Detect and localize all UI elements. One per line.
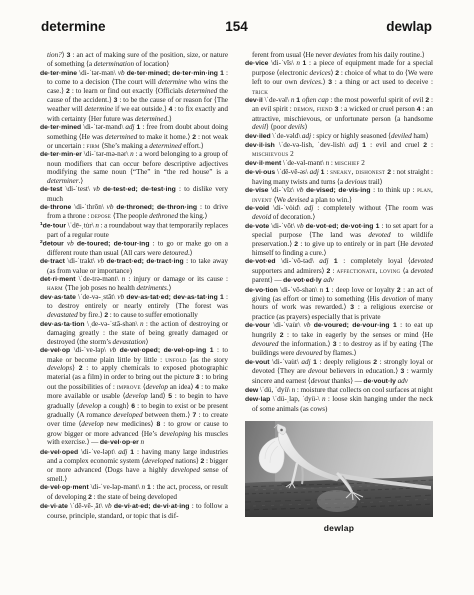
bold-text: dev·iled (245, 133, 272, 140)
bold-text: de·voured; de·vour·ing (314, 322, 393, 329)
italic-text: devotion (382, 295, 409, 303)
bold-text: de·vot·ed; de·vot·ing (306, 223, 376, 230)
plain-text: ⟨She’s making a (101, 142, 149, 150)
italic-text: adv (398, 377, 408, 385)
dictionary-entry: de·ter·mined \di-ˈtər-mənd\ adj 1 : free… (40, 123, 228, 150)
plain-text: \di-ˈtest\ (66, 185, 94, 193)
italic-text: devoted (368, 231, 398, 239)
bold-text: 3 (350, 304, 358, 311)
plain-text: \di-ˈtər-mən\ (79, 69, 118, 77)
bold-text: de·vi·ous (245, 169, 277, 176)
plain-text: an idea⟩ (170, 383, 195, 391)
plain-text: : completely loyal ⟨ (343, 257, 410, 265)
italic-text: devastation (112, 338, 145, 346)
plain-text: \di-ˈtrakt\ (67, 257, 97, 265)
bold-text: de·ter·mine (40, 70, 79, 77)
italic-text: devout (311, 377, 332, 385)
plain-text: \ˈde-vəl-mənt\ (283, 159, 326, 167)
bold-text: 1 (334, 258, 343, 265)
plain-text: believers in education.⟩ (330, 367, 401, 375)
plain-text: ferent from usual ⟨He never (252, 51, 333, 59)
bold-text: dev·as·tat·ed; dev·as·tat·ing (126, 294, 220, 301)
right-column-text: ferent from usual ⟨He never deviates fro… (245, 51, 433, 413)
italic-text: dethroned (149, 212, 179, 220)
dictionary-page: determine 154 dewlap tion?⟩ 3 : an act o… (0, 0, 474, 595)
italic-text: devastated (47, 311, 79, 319)
dictionary-entry: de·vote \di-ˈvōt\ vb de·vot·ed; de·vot·i… (245, 222, 433, 258)
bold-text: de·throne (40, 204, 74, 211)
dictionary-entry: de·tract \di-ˈtrakt\ vb de·tract·ed; de·… (40, 257, 228, 275)
italic-text: determine (84, 105, 115, 113)
plain-text: between them.⟩ (145, 411, 193, 419)
entry-continuation: tion?⟩ 3 : an act of making sure of the … (40, 51, 228, 69)
bold-text: dev·il·ment (245, 160, 283, 167)
bold-text: de·tour (43, 222, 68, 229)
bold-text: de·vel·oped (40, 449, 81, 456)
bold-text: de·vise (245, 187, 271, 194)
bold-text: de·vised; de·vis·ing (306, 187, 373, 194)
plain-text: \ˈdē-ˌtu̇r\ (68, 221, 96, 229)
bold-text: de·tract (40, 258, 67, 265)
italic-text: often cap (302, 96, 330, 104)
italic-text: vb (304, 321, 314, 329)
plain-text: ⟨The job poses no health (65, 284, 137, 292)
plain-text: : completely without ⟨The room was (317, 204, 433, 212)
italic-text: vb (67, 239, 77, 247)
dictionary-entry: de·vel·op·ment \di-ˈve-ləp-mənt\ n 1 : t… (40, 483, 228, 502)
bold-text: de·vo·tion (245, 287, 280, 294)
plain-text: \di-ˈvō-təd\ (281, 257, 319, 265)
plain-text: ⟩ ⟨poor (266, 123, 288, 131)
italic-text: vb (118, 69, 127, 77)
plain-text: ⟨a (403, 267, 411, 275)
bold-text: de·vel·op (40, 347, 74, 354)
plain-text: \ˈdü, ˈdyü\ (260, 386, 292, 394)
italic-text: determined (135, 115, 167, 123)
bold-text: 1 (130, 449, 137, 456)
plain-text: .⟩ (167, 115, 172, 123)
bold-text: de·vel·op·ment (40, 484, 91, 491)
figure-caption: dewlap (245, 523, 433, 533)
dictionary-entry: de·vel·oped \di-ˈve-ləpt\ adj 1 : having… (40, 448, 228, 484)
plain-text: : deep love or loyalty (332, 286, 397, 294)
plain-text: \di-ˈve-ləp\ (74, 346, 110, 354)
plain-text: : the most powerful spirit of evil (330, 96, 425, 104)
plain-text: supporters and admirers⟩ (252, 267, 327, 275)
plain-text: to make it home.⟩ (139, 133, 192, 141)
bold-text: dew (245, 387, 260, 394)
dictionary-entry: de·test \di-ˈtest\ vb de·test·ed; de·tes… (40, 185, 228, 203)
plain-text: : to cause to suffer emotionally (110, 311, 198, 319)
bold-text: dew·lap (245, 396, 273, 403)
italic-text: devoted (411, 257, 433, 265)
plain-text: \di-ˈvau̇t\ (272, 358, 301, 366)
guide-word-left: determine (41, 19, 171, 34)
italic-text: adj (304, 204, 317, 212)
italic-text: devices (300, 78, 321, 86)
left-column: tion?⟩ 3 : an act of making sure of the … (40, 51, 228, 591)
italic-text: determined (105, 133, 139, 141)
plain-text: \ˌde-və-ˈstā-shən\ (87, 320, 140, 328)
italic-text: devoid (252, 213, 273, 221)
plain-text: .⟩ (79, 177, 84, 185)
italic-text: vb (93, 185, 103, 193)
bold-text: detour (43, 240, 67, 247)
plain-text: the information.⟩ (281, 340, 333, 348)
plain-text: by fire.⟩ (79, 311, 104, 319)
plain-text: .⟩ (167, 284, 172, 292)
dictionary-entry: de·ter·min·er \di-ˈtər-mə-nər\ n : a wor… (40, 150, 228, 185)
plain-text: \di-ˈthrōn\ (74, 203, 106, 211)
plain-text: ⟨The people (113, 212, 149, 220)
italic-text: vb (107, 203, 117, 211)
plain-text: \ˈde-vəl\ (265, 96, 291, 104)
plain-text: \di-ˈtər-mənd\ (83, 123, 125, 131)
plain-text: \ˈde-və-lish, ˈdev-lish\ (279, 141, 349, 149)
italic-text: deviates (333, 51, 358, 59)
plain-text: : to give up to entirely or in part ⟨He (300, 240, 410, 248)
plain-text: 2 (290, 150, 294, 158)
plain-text: : the state of being developed (94, 493, 177, 501)
plain-text: 2 (361, 159, 365, 167)
plain-text: .⟩ (188, 249, 193, 257)
italic-text: develop (79, 402, 103, 410)
dictionary-entry: dev·as·ta·tion \ˌde-və-ˈstā-shən\ n : th… (40, 320, 228, 346)
italic-text: detriments (136, 284, 166, 292)
plain-text: \ˈdē-vē-əs\ (277, 168, 310, 176)
dictionary-entry: de·throne \di-ˈthrōn\ vb de·throned; de·… (40, 203, 228, 221)
italic-text: devoted (411, 267, 433, 275)
small-caps-text: sneaky, dishonest (330, 168, 387, 176)
plain-text: \di-ˈvau̇r\ (273, 321, 303, 329)
bold-text: 1 (210, 347, 217, 354)
small-caps-text: unfold (165, 356, 190, 364)
bold-text: 1 (362, 142, 370, 149)
dictionary-entry: dev·il·ment \ˈde-vəl-mənt\ n : mischief … (245, 159, 433, 168)
plain-text: \di-ˈvōt\ (271, 222, 297, 230)
bold-text: de·toured; de·tour·ing (77, 240, 153, 247)
italic-text: developed (144, 457, 175, 465)
italic-text: deviled (391, 132, 413, 140)
bold-text: de·throned; de·thron·ing (116, 204, 200, 211)
plain-text: \di-ˈvīs\ (271, 59, 296, 67)
plain-text: ⟩ (146, 338, 149, 346)
italic-text: n (141, 438, 145, 446)
bold-text: de·ter·mined; de·ter·min·ing (127, 70, 220, 77)
dictionary-entry: 2detour vb de·toured; de·tour·ing : to g… (40, 239, 228, 257)
bold-text: 2 (423, 142, 431, 149)
italic-text: developing (160, 430, 194, 438)
dictionary-entry: de·vo·tion \di-ˈvō-shən\ n 1 : deep love… (245, 286, 433, 322)
dictionary-entry: dev·iled \ˈde-vəld\ adj : spicy or highl… (245, 132, 433, 141)
italic-text: develop (125, 392, 150, 400)
italic-text: determine (158, 78, 189, 86)
dictionary-entry: dev·il·ish \ˈde-və-lish, ˈdev-lish\ adj … (245, 141, 433, 159)
plain-text: of decoration.⟩ (273, 213, 316, 221)
plain-text: a plan to win.⟩ (311, 196, 352, 204)
bold-text: de·vi·ate (40, 503, 70, 510)
italic-text: vb (297, 222, 306, 230)
bold-text: de·vour (245, 322, 273, 329)
small-caps-text: depose (91, 212, 113, 220)
plain-text: : to take in eagerly by the senses or mi… (287, 331, 433, 339)
italic-text: develops (47, 364, 72, 372)
italic-text: adj (118, 448, 130, 456)
dictionary-entry: 1de·tour \ˈdē-ˌtu̇r\ n : a roundabout wa… (40, 221, 228, 239)
italic-text: devised (287, 196, 310, 204)
plain-text: \ˈde-trə-mənt\ (79, 275, 122, 283)
italic-text: devoured (296, 349, 324, 357)
bold-text: de·vot·ed·ly (283, 277, 323, 284)
small-caps-text: trick (252, 88, 268, 96)
plain-text: \di-ˈvō-shən\ (280, 286, 319, 294)
italic-text: determination (94, 60, 134, 68)
italic-text: develop (81, 420, 106, 428)
plain-text: effort.⟩ (183, 142, 203, 150)
plain-text: by flames.⟩ (324, 349, 357, 357)
plain-text: \di-ˈvȯid\ (273, 204, 304, 212)
italic-text: develop (146, 383, 170, 391)
bold-text: 2 (280, 332, 287, 339)
small-caps-text: firm (87, 142, 102, 150)
dictionary-entry: de·vel·op \di-ˈve-ləp\ vb de·vel·oped; d… (40, 346, 228, 447)
italic-text: adj (125, 123, 136, 131)
plain-text: new medicines⟩ (107, 420, 157, 428)
bold-text: det·ri·ment (40, 276, 79, 283)
italic-text: adj (310, 168, 321, 176)
italic-text: vb (297, 186, 306, 194)
plain-text: \di-ˈtər-mə-nər\ (84, 150, 130, 158)
italic-text: devils (288, 123, 305, 131)
italic-text: determined (149, 142, 183, 150)
italic-text: adj (349, 141, 362, 149)
bold-text: de·vel·op·er (100, 439, 141, 446)
italic-text: determined (185, 87, 219, 95)
bold-text: de·vice (245, 60, 271, 67)
italic-text: devil (252, 123, 266, 131)
italic-text: devices (309, 69, 330, 77)
dictionary-entry: de·vout \di-ˈvau̇t\ adj 1 : deeply relig… (245, 358, 433, 386)
bold-text: de·test (40, 186, 66, 193)
plain-text: : a thing or act used to deceive : (335, 78, 433, 86)
plain-text: himself to finding a cure.⟩ (252, 249, 326, 257)
page-number: 154 (171, 19, 301, 34)
italic-text: adj (302, 132, 313, 140)
italic-text: developed (113, 411, 144, 419)
plain-text: nations⟩ (175, 457, 200, 465)
dictionary-entry: dew·lap \ˈdü-ˌlap, ˈdyü-\ n : loose skin… (245, 395, 433, 413)
dictionary-entry: de·vice \di-ˈvīs\ n 1 : a piece of equip… (245, 59, 433, 96)
text-columns: tion?⟩ 3 : an act of making sure of the … (40, 51, 433, 591)
italic-text: vb (105, 502, 114, 510)
dictionary-entry: de·vot·ed \di-ˈvō-təd\ adj 1 : completel… (245, 257, 433, 285)
bold-text: de·vot·ed (245, 258, 281, 265)
dictionary-entry: de·void \di-ˈvȯid\ adj : completely with… (245, 204, 433, 222)
bold-text: de·test·ed; de·test·ing (103, 186, 179, 193)
dictionary-entry: de·vour \di-ˈvau̇r\ vb de·voured; de·vou… (245, 321, 433, 358)
bold-text: de·vi·at·ed; de·vi·at·ing (114, 503, 192, 510)
bold-text: dev·il·ish (245, 142, 279, 149)
plain-text: trail⟩ (368, 178, 382, 186)
small-caps-text: affectionate, loving (337, 267, 403, 275)
dewlap-photo (245, 421, 433, 517)
plain-text: land⟩ (150, 392, 168, 400)
dewlap-figure: dewlap (245, 421, 433, 533)
bold-text: dev·il (245, 97, 265, 104)
plain-text: \ˈde-və-ˌstāt\ (78, 293, 117, 301)
guide-word-right: dewlap (302, 19, 432, 34)
plain-text: \di-ˈvīz\ (271, 186, 297, 194)
bold-text: de·tract·ed; de·tract·ing (106, 258, 186, 265)
dictionary-entry: det·ri·ment \ˈde-trə-mənt\ n : injury or… (40, 275, 228, 293)
plain-text: parent⟩ — (252, 276, 283, 284)
plain-text: ⟨We (274, 196, 288, 204)
italic-text: devoured (252, 340, 281, 348)
page-header: determine 154 dewlap (41, 19, 432, 34)
dictionary-entry: de·vi·ous \ˈdē-vē-əs\ adj 1 : sneaky, di… (245, 168, 433, 186)
small-caps-text: demon, fiend (294, 105, 335, 113)
italic-text: adv (323, 276, 333, 284)
bold-text: 1 (393, 322, 400, 329)
plain-text: : to think up : (373, 186, 417, 194)
small-caps-text: mischievous (252, 150, 290, 158)
small-caps-text: mischief (334, 159, 361, 167)
plain-text: of location⟩ (134, 60, 169, 68)
dictionary-entry: dev·as·tate \ˈde-və-ˌstāt\ vb dev·as·tat… (40, 293, 228, 320)
small-caps-text: improve (117, 383, 143, 391)
plain-text: : to learn or find out exactly ⟨Official… (72, 87, 185, 95)
bold-text: dev·as·ta·tion (40, 321, 87, 328)
plain-text: the king.⟩ (180, 212, 208, 220)
italic-text: devious (345, 178, 369, 186)
plain-text: ham⟩ (413, 132, 428, 140)
bold-text: de·vel·oped; de·vel·op·ing (120, 347, 210, 354)
right-column: ferent from usual ⟨He never deviates fro… (245, 51, 433, 591)
italic-text: adj (319, 257, 334, 265)
plain-text: : evil and cruel (370, 141, 423, 149)
italic-text: developed (171, 466, 203, 474)
dictionary-entry: de·vi·ate \ˈdē-vē-ˌāt\ vb de·vi·at·ed; d… (40, 502, 228, 520)
plain-text: : injury or damage or its cause : (128, 275, 228, 283)
bold-text: dev·as·tate (40, 294, 78, 301)
dictionary-entry: de·vise \di-ˈvīz\ vb de·vised; de·vis·in… (245, 186, 433, 204)
small-caps-text: harm (47, 284, 65, 292)
plain-text: from his daily routine.⟩ (358, 51, 424, 59)
plain-text: if we eat outside.⟩ (115, 105, 169, 113)
plain-text: : (431, 141, 433, 149)
plain-text: \di-ˈve-ləpt\ (81, 448, 118, 456)
bold-text: de·void (245, 205, 273, 212)
plain-text: : deeply religious (319, 358, 373, 366)
plain-text: \ˈdü-ˌlap, ˈdyü-\ (273, 395, 322, 403)
bold-text: de·vout·ly (363, 378, 397, 385)
plain-text: \ˈdē-vē-ˌāt\ (70, 502, 105, 510)
plain-text: thanks⟩ — (331, 377, 363, 385)
plain-text: : spicy or highly seasoned ⟨ (313, 132, 391, 140)
plain-text: \ˈde-vəld\ (272, 132, 302, 140)
bold-text: de·vout (245, 359, 272, 366)
italic-text: tion? (47, 51, 62, 59)
bold-text: de·vote (245, 223, 271, 230)
dictionary-entry: de·ter·mine \di-ˈtər-mən\ vb de·ter·mine… (40, 69, 228, 123)
plain-text: ⟨as the story (190, 356, 228, 364)
italic-text: vb (109, 346, 119, 354)
bold-text: de·ter·min·er (40, 151, 84, 158)
bold-text: de·ter·mined (40, 124, 83, 131)
italic-text: devoted (411, 240, 433, 248)
italic-text: detoured (163, 249, 188, 257)
dictionary-entry: dev·il \ˈde-vəl\ n 1 often cap : the mos… (245, 96, 433, 132)
plain-text: \di-ˈve-ləp-mənt\ (91, 483, 142, 491)
plain-text: ⟩ (305, 123, 308, 131)
italic-text: adj (301, 358, 313, 366)
plain-text: : moisture that collects on cool surface… (297, 386, 433, 394)
plain-text: a cough⟩ (103, 402, 131, 410)
italic-text: devout (308, 367, 329, 375)
italic-text: determiner (47, 177, 79, 185)
plain-text: : a wicked or cruel person (340, 105, 416, 113)
